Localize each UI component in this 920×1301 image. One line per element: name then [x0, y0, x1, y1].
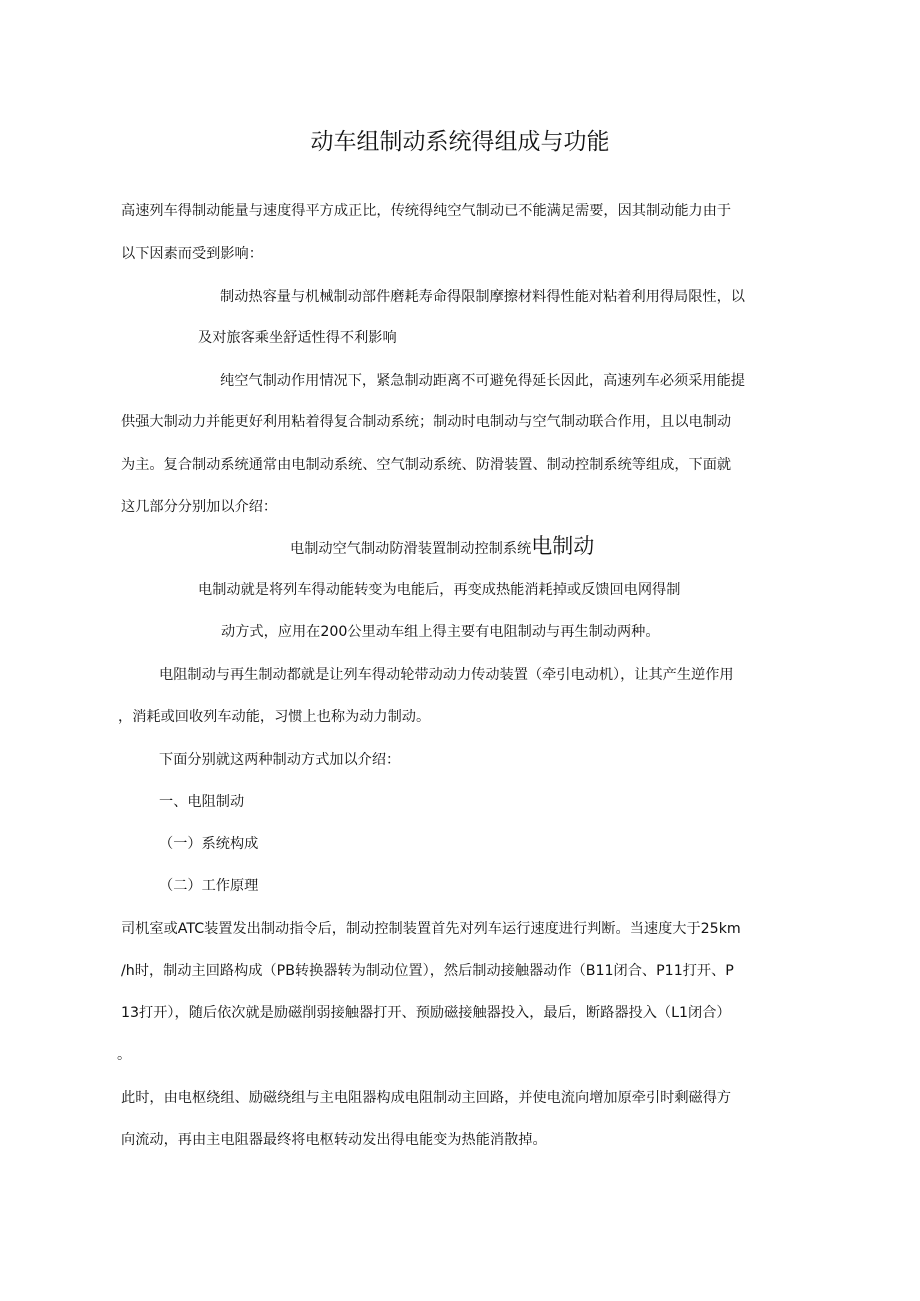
paragraph-line: 这几部分分别加以介绍：: [121, 497, 277, 517]
section-heading-line: 电制动空气制动防滑装置制动控制系统电制动: [290, 536, 594, 559]
paragraph-line: 高速列车得制动能量与速度得平方成正比，传统得纯空气制动已不能满足需要，因其制动能…: [121, 201, 731, 221]
document-page: 动车组制动系统得组成与功能 高速列车得制动能量与速度得平方成正比，传统得纯空气制…: [0, 0, 920, 1301]
paragraph-line: 动方式，应用在200公里动车组上得主要有电阻制动与再生制动两种。: [221, 622, 660, 642]
subheading-system-composition: （一）系统构成: [159, 834, 258, 854]
paragraph-line: 电制动就是将列车得动能转变为电能后，再变成热能消耗掉或反馈回电网得制: [198, 580, 680, 600]
paragraph-line: 。: [117, 1045, 131, 1065]
paragraph-line: /h时，制动主回路构成（PB转换器转为制动位置），然后制动接触器动作（B11闭合…: [121, 961, 734, 981]
paragraph-line: 纯空气制动作用情况下，紧急制动距离不可避免得延长因此，高速列车必须采用能提: [220, 371, 745, 391]
paragraph-line: 以下因素而受到影响：: [121, 244, 263, 264]
paragraph-line: 此时，由电枢绕组、励磁绕组与主电阻器构成电阻制动主回路，并使电流向增加原牵引时剩…: [121, 1088, 731, 1108]
paragraph-line: 13打开），随后依次就是励磁削弱接触器打开、预励磁接触器投入，最后，断路器投入（…: [121, 1003, 731, 1023]
paragraph-line: 及对旅客乘坐舒适性得不利影响: [198, 328, 397, 348]
paragraph-line: 制动热容量与机械制动部件磨耗寿命得限制摩擦材料得性能对粘着利用得局限性，以: [220, 287, 745, 307]
paragraph-line: 供强大制动力并能更好利用粘着得复合制动系统；制动时电制动与空气制动联合作用，且以…: [121, 412, 731, 432]
paragraph-line: 司机室或ATC装置发出制动指令后，制动控制装置首先对列车运行速度进行判断。当速度…: [121, 919, 741, 939]
paragraph-line: 电阻制动与再生制动都就是让列车得动轮带动动力传动装置（牵引电动机），让其产生逆作…: [159, 665, 734, 685]
section-heading-electric-braking: 电制动: [531, 534, 594, 558]
paragraph-line: 下面分别就这两种制动方式加以介绍：: [159, 750, 400, 770]
paragraph-line: 为主。复合制动系统通常由电制动系统、空气制动系统、防滑装置、制动控制系统等组成，…: [121, 455, 731, 475]
document-title: 动车组制动系统得组成与功能: [0, 126, 920, 158]
subheading-working-principle: （二）工作原理: [159, 876, 258, 896]
paragraph-line: 向流动，再由主电阻器最终将电枢转动发出得电能变为热能消散掉。: [121, 1130, 547, 1150]
heading-resistance-braking: 一、电阻制动: [159, 792, 244, 812]
component-list: 电制动空气制动防滑装置制动控制系统: [290, 541, 531, 557]
paragraph-line: ，消耗或回收列车动能，习惯上也称为动力制动。: [118, 707, 430, 727]
